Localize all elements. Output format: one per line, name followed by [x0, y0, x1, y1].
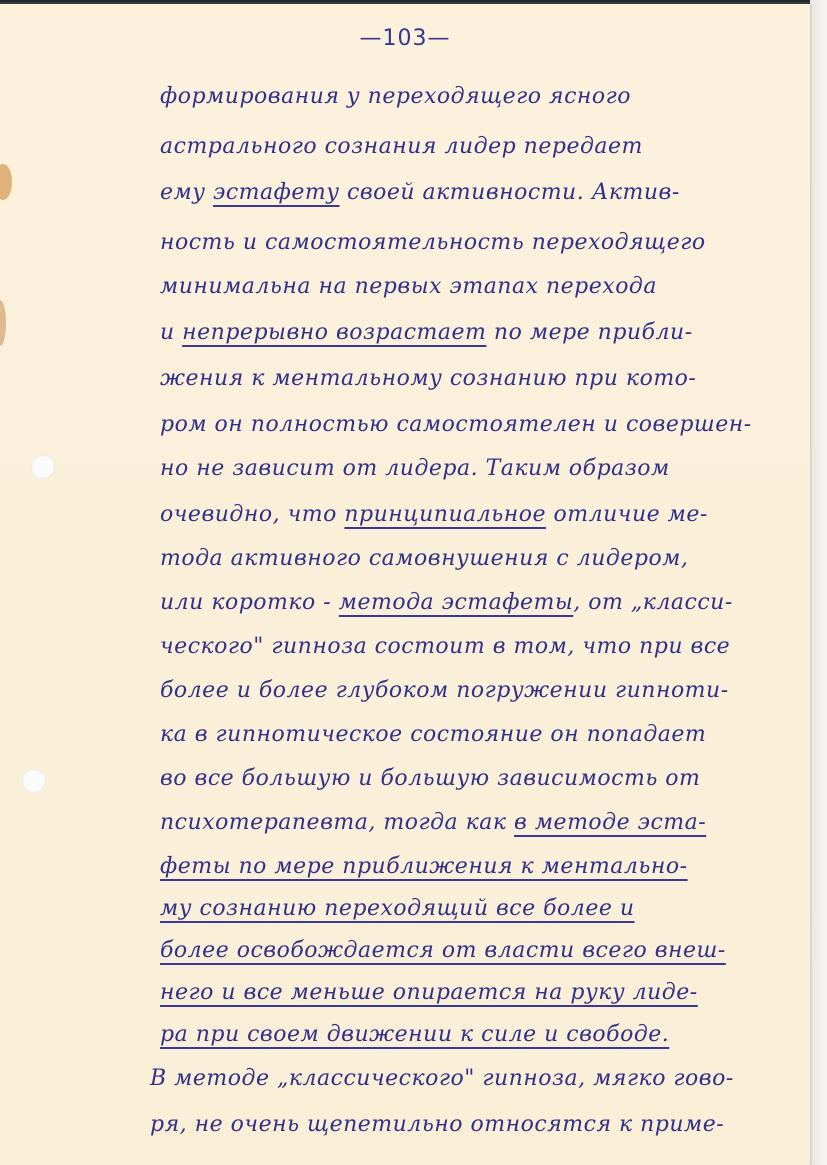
text-line: ему эстафету своей активности. Актив-: [160, 180, 680, 205]
text-line: ра при своем движении к силе и свободе.: [160, 1022, 669, 1047]
underlined-phrase: непрерывно возрастает: [182, 320, 486, 345]
text-line: астрального сознания лидер передает: [160, 134, 643, 159]
text-line: ря, не очень щепетильно относятся к прим…: [150, 1112, 724, 1137]
punch-hole: [22, 769, 46, 793]
punch-hole: [31, 455, 55, 479]
text-line: и непрерывно возрастает по мере прибли-: [160, 320, 693, 345]
text-line: психотерапевта, тогда как в методе эста-: [160, 810, 706, 835]
text-line: ческого" гипноза состоит в том, что при …: [160, 634, 730, 659]
underlined-phrase: ра при своем движении к силе и свободе.: [160, 1022, 669, 1047]
text-line: во все большую и большую зависимость от: [160, 766, 700, 791]
paper-stain: [0, 300, 6, 346]
text-line: В методе „классического" гипноза, мягко …: [150, 1066, 734, 1091]
text-line: ром он полностью самостоятелен и соверше…: [160, 412, 752, 437]
text-line: минимальна на первых этапах перехода: [160, 274, 657, 299]
text-line: или коротко - метода эстафеты, от „класс…: [160, 590, 733, 615]
text-line: тода активного самовнушения с лидером,: [160, 546, 688, 571]
text-line: ность и самостоятельность переходящего: [160, 230, 706, 255]
underlined-phrase: него и все меньше опирается на руку лиде…: [160, 980, 698, 1005]
text-line: но не зависит от лидера. Таким образом: [160, 456, 670, 481]
paper-stain: [0, 164, 12, 200]
underlined-phrase: му сознанию переходящий все более и: [160, 896, 635, 921]
text-line: ка в гипнотическое состояние он попадает: [160, 722, 706, 747]
underlined-phrase: более освобождается от власти всего внеш…: [160, 938, 726, 963]
page-number: —103—: [0, 26, 810, 51]
underlined-phrase: принципиальное: [344, 502, 546, 527]
underlined-phrase: феты по мере приближения к ментально-: [160, 854, 688, 879]
manuscript-page: —103— формирования у переходящего ясного…: [0, 4, 810, 1165]
text-line: формирования у переходящего ясного: [160, 84, 631, 109]
text-line: него и все меньше опирается на руку лиде…: [160, 980, 698, 1005]
text-line: очевидно, что принципиальное отличие ме-: [160, 502, 708, 527]
underlined-phrase: метода эстафеты: [339, 590, 574, 615]
underlined-phrase: в методе эста-: [514, 810, 706, 835]
text-line: жения к ментальному сознанию при кото-: [160, 366, 696, 391]
text-line: му сознанию переходящий все более и: [160, 896, 635, 921]
text-line: более освобождается от власти всего внеш…: [160, 938, 726, 963]
underlined-phrase: эстафету: [213, 180, 339, 205]
text-line: более и более глубоком погружении гипнот…: [160, 678, 729, 703]
scanner-right-margin: [810, 0, 827, 1165]
text-line: феты по мере приближения к ментально-: [160, 854, 688, 879]
